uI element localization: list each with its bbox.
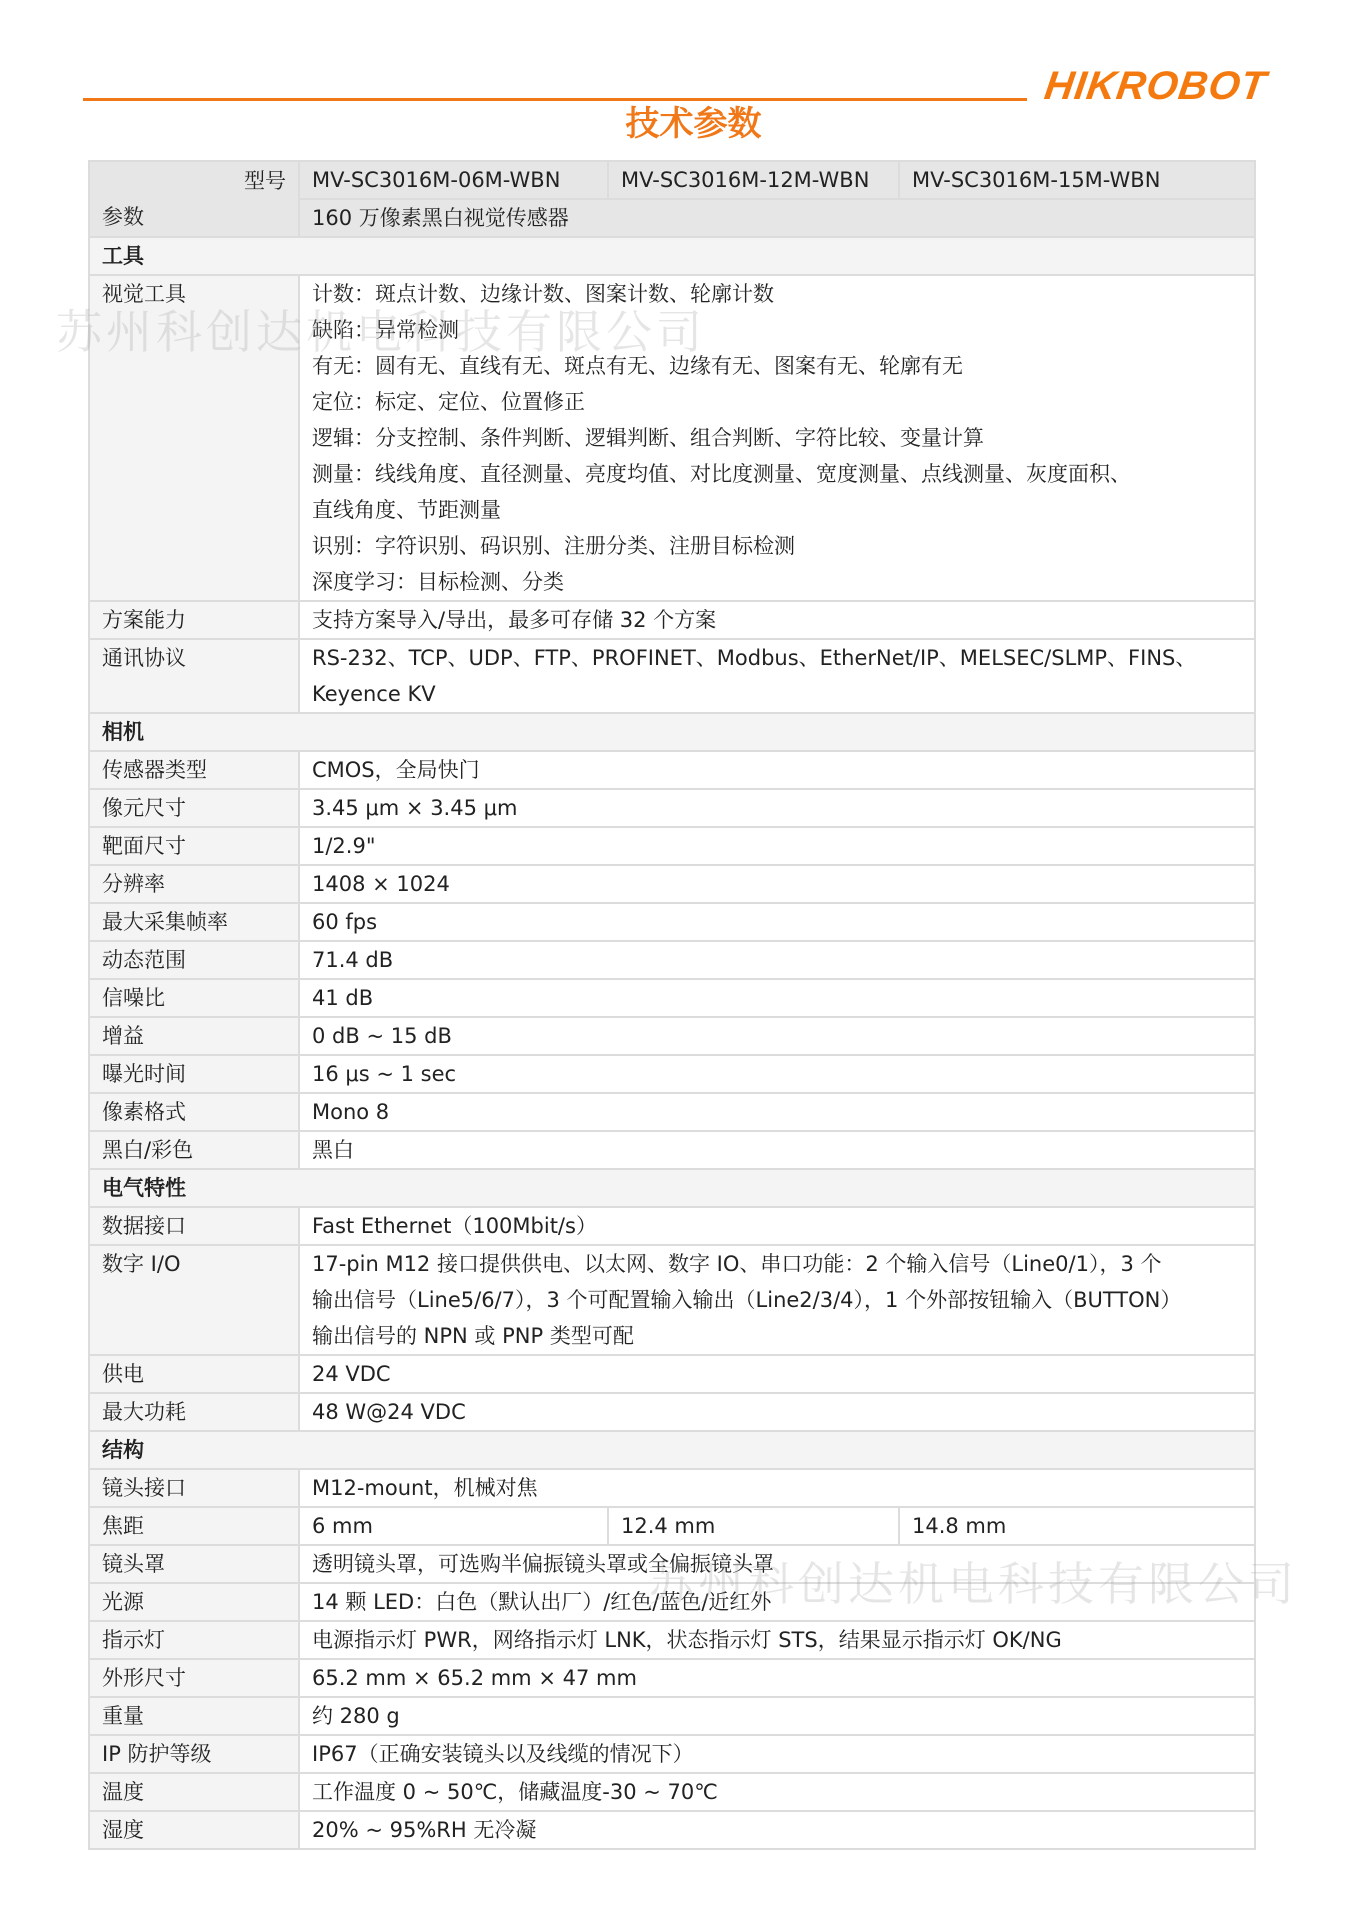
row-label: 传感器类型 [89,751,299,789]
row-label: 外形尺寸 [89,1659,299,1697]
section-structure: 结构 [89,1431,1255,1469]
row-label: 供电 [89,1355,299,1393]
row-value: 48 W@24 VDC [299,1393,1255,1431]
text-line: 17-pin M12 接口提供供电、以太网、数字 IO、串口功能：2 个输入信号… [312,1246,1242,1282]
focal-length-2: 12.4 mm [608,1507,899,1545]
protocol-value: RS-232、TCP、UDP、FTP、PROFINET、Modbus、Ether… [299,639,1255,713]
section-title: 工具 [89,237,1255,275]
row-label: 焦距 [89,1507,299,1545]
table-row: 像素格式Mono 8 [89,1093,1255,1131]
table-row: IP 防护等级IP67（正确安装镜头以及线缆的情况下） [89,1735,1255,1773]
row-label: 最大采集帧率 [89,903,299,941]
text-line: 逻辑：分支控制、条件判断、逻辑判断、组合判断、字符比较、变量计算 [312,420,1242,456]
row-label: 镜头接口 [89,1469,299,1507]
row-value: 1408 × 1024 [299,865,1255,903]
row-label: 靶面尺寸 [89,827,299,865]
table-row: 温度工作温度 0 ~ 50℃，储藏温度-30 ~ 70℃ [89,1773,1255,1811]
text-line: 缺陷：异常检测 [312,312,1242,348]
row-label: 分辨率 [89,865,299,903]
text-line: 深度学习：目标检测、分类 [312,564,1242,600]
row-label: 指示灯 [89,1621,299,1659]
row-value: 0 dB ~ 15 dB [299,1017,1255,1055]
table-row: 通讯协议 RS-232、TCP、UDP、FTP、PROFINET、Modbus、… [89,639,1255,713]
text-line: 识别：字符识别、码识别、注册分类、注册目标检测 [312,528,1242,564]
row-value: M12-mount，机械对焦 [299,1469,1255,1507]
row-label: 曝光时间 [89,1055,299,1093]
spec-table: 型号 参数 MV-SC3016M-06M-WBN MV-SC3016M-12M-… [88,160,1256,1850]
table-row: 镜头接口 M12-mount，机械对焦 [89,1469,1255,1507]
table-row: 镜头罩透明镜头罩，可选购半偏振镜头罩或全偏振镜头罩 [89,1545,1255,1583]
row-value: 41 dB [299,979,1255,1017]
table-row: 最大采集帧率60 fps [89,903,1255,941]
section-title: 相机 [89,713,1255,751]
table-row: 数字 I/O 17-pin M12 接口提供供电、以太网、数字 IO、串口功能：… [89,1245,1255,1355]
row-label: 增益 [89,1017,299,1055]
corner-cell: 型号 参数 [89,161,299,237]
row-label: 像素格式 [89,1093,299,1131]
row-label: 光源 [89,1583,299,1621]
row-label: 最大功耗 [89,1393,299,1431]
row-label: 通讯协议 [89,639,299,713]
page-title: 技术参数 [0,104,1357,144]
table-row: 增益0 dB ~ 15 dB [89,1017,1255,1055]
table-row: 重量约 280 g [89,1697,1255,1735]
section-tools: 工具 [89,237,1255,275]
row-value: Fast Ethernet（100Mbit/s） [299,1207,1255,1245]
row-label: 温度 [89,1773,299,1811]
table-row: 最大功耗 48 W@24 VDC [89,1393,1255,1431]
section-title: 结构 [89,1431,1255,1469]
text-line: 有无：圆有无、直线有无、斑点有无、边缘有无、图案有无、轮廓有无 [312,348,1242,384]
product-description: 160 万像素黑白视觉传感器 [299,199,1255,237]
row-label: 湿度 [89,1811,299,1849]
text-line: 直线角度、节距测量 [312,492,1242,528]
section-electrical: 电气特性 [89,1169,1255,1207]
row-label: 重量 [89,1697,299,1735]
row-value: 黑白 [299,1131,1255,1169]
table-row: 像元尺寸3.45 μm × 3.45 μm [89,789,1255,827]
row-label: 数据接口 [89,1207,299,1245]
table-row: 动态范围71.4 dB [89,941,1255,979]
table-row: 焦距 6 mm 12.4 mm 14.8 mm [89,1507,1255,1545]
row-label: 黑白/彩色 [89,1131,299,1169]
row-value: 71.4 dB [299,941,1255,979]
corner-model-label: 型号 [244,163,286,199]
digital-io-value: 17-pin M12 接口提供供电、以太网、数字 IO、串口功能：2 个输入信号… [299,1245,1255,1355]
table-row: 信噪比41 dB [89,979,1255,1017]
text-line: Keyence KV [312,676,1242,712]
row-value: 24 VDC [299,1355,1255,1393]
row-label: 动态范围 [89,941,299,979]
section-title: 电气特性 [89,1169,1255,1207]
row-value: 20% ~ 95%RH 无冷凝 [299,1811,1255,1849]
row-value: 电源指示灯 PWR，网络指示灯 LNK，状态指示灯 STS，结果显示指示灯 OK… [299,1621,1255,1659]
focal-length-1: 6 mm [299,1507,608,1545]
table-row: 方案能力 支持方案导入/导出，最多可存储 32 个方案 [89,601,1255,639]
row-value: 16 μs ~ 1 sec [299,1055,1255,1093]
row-label: 信噪比 [89,979,299,1017]
table-row: 传感器类型CMOS，全局快门 [89,751,1255,789]
row-value: 60 fps [299,903,1255,941]
row-value: 支持方案导入/导出，最多可存储 32 个方案 [299,601,1255,639]
table-row: 供电 24 VDC [89,1355,1255,1393]
section-camera: 相机 [89,713,1255,751]
header-rule [83,98,1027,101]
focal-length-3: 14.8 mm [899,1507,1255,1545]
row-value: 透明镜头罩，可选购半偏振镜头罩或全偏振镜头罩 [299,1545,1255,1583]
table-row: 靶面尺寸1/2.9" [89,827,1255,865]
table-row: 光源14 颗 LED：白色（默认出厂）/红色/蓝色/近红外 [89,1583,1255,1621]
hikrobot-logo: HIKROBOT [1042,64,1270,108]
table-row: 湿度20% ~ 95%RH 无冷凝 [89,1811,1255,1849]
table-row: 指示灯电源指示灯 PWR，网络指示灯 LNK，状态指示灯 STS，结果显示指示灯… [89,1621,1255,1659]
row-value: CMOS，全局快门 [299,751,1255,789]
row-value: 1/2.9" [299,827,1255,865]
text-line: 输出信号（Line5/6/7），3 个可配置输入输出（Line2/3/4），1 … [312,1282,1242,1318]
model-1: MV-SC3016M-06M-WBN [299,161,608,199]
row-label: 数字 I/O [89,1245,299,1355]
row-label: 镜头罩 [89,1545,299,1583]
model-3: MV-SC3016M-15M-WBN [899,161,1255,199]
row-value: 65.2 mm × 65.2 mm × 47 mm [299,1659,1255,1697]
row-value: 约 280 g [299,1697,1255,1735]
text-line: 计数：斑点计数、边缘计数、图案计数、轮廓计数 [312,276,1242,312]
row-label: 方案能力 [89,601,299,639]
table-row: 外形尺寸65.2 mm × 65.2 mm × 47 mm [89,1659,1255,1697]
corner-param-label: 参数 [102,199,144,235]
row-label: 像元尺寸 [89,789,299,827]
row-value: Mono 8 [299,1093,1255,1131]
text-line: 定位：标定、定位、位置修正 [312,384,1242,420]
text-line: RS-232、TCP、UDP、FTP、PROFINET、Modbus、Ether… [312,640,1242,676]
row-label: 视觉工具 [89,275,299,601]
row-value: 14 颗 LED：白色（默认出厂）/红色/蓝色/近红外 [299,1583,1255,1621]
model-2: MV-SC3016M-12M-WBN [608,161,899,199]
table-row: 数据接口 Fast Ethernet（100Mbit/s） [89,1207,1255,1245]
table-row: 分辨率1408 × 1024 [89,865,1255,903]
table-row: 曝光时间16 μs ~ 1 sec [89,1055,1255,1093]
model-row: 型号 参数 MV-SC3016M-06M-WBN MV-SC3016M-12M-… [89,161,1255,199]
row-value: 工作温度 0 ~ 50℃，储藏温度-30 ~ 70℃ [299,1773,1255,1811]
row-label: IP 防护等级 [89,1735,299,1773]
table-row: 视觉工具 计数：斑点计数、边缘计数、图案计数、轮廓计数 缺陷：异常检测 有无：圆… [89,275,1255,601]
row-value: 3.45 μm × 3.45 μm [299,789,1255,827]
vision-tools-value: 计数：斑点计数、边缘计数、图案计数、轮廓计数 缺陷：异常检测 有无：圆有无、直线… [299,275,1255,601]
table-row: 黑白/彩色黑白 [89,1131,1255,1169]
text-line: 测量：线线角度、直径测量、亮度均值、对比度测量、宽度测量、点线测量、灰度面积、 [312,456,1242,492]
row-value: IP67（正确安装镜头以及线缆的情况下） [299,1735,1255,1773]
text-line: 输出信号的 NPN 或 PNP 类型可配 [312,1318,1242,1354]
